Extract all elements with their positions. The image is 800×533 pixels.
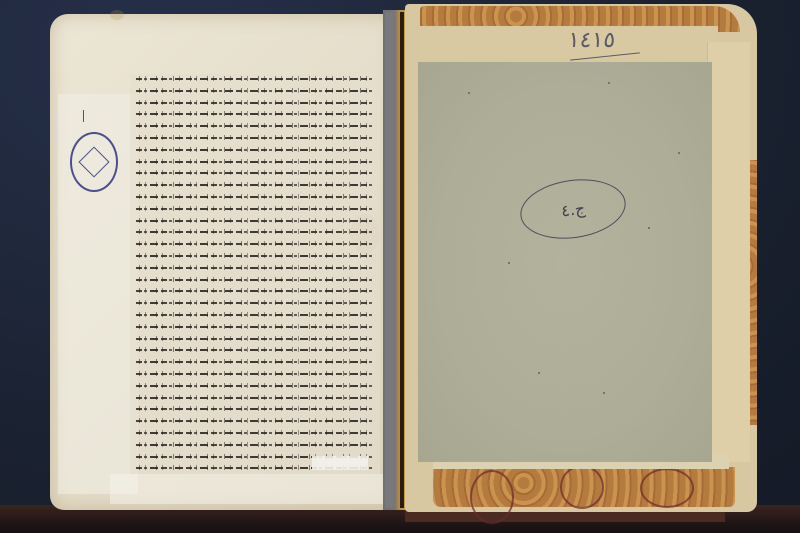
spine-cloth-edge [385,12,393,508]
seal-star-icon [78,146,109,177]
library-seal-stamp-icon [70,132,118,192]
folio-mark [83,110,84,122]
spine-gutter [400,12,404,508]
marble-vein [560,465,604,509]
left-manuscript-page [50,14,395,510]
shelf-number: ١٤١٥ [567,28,617,53]
marble-vein [640,468,694,508]
paste-down-paper [418,62,712,462]
lower-margin [110,474,390,504]
volume-annotation: ج.٤ [560,198,586,220]
manuscript-text-block [130,74,380,474]
repair-tape-right [707,42,750,462]
stain [110,10,124,20]
marble-vein [470,470,514,524]
repair-tape [312,456,368,470]
